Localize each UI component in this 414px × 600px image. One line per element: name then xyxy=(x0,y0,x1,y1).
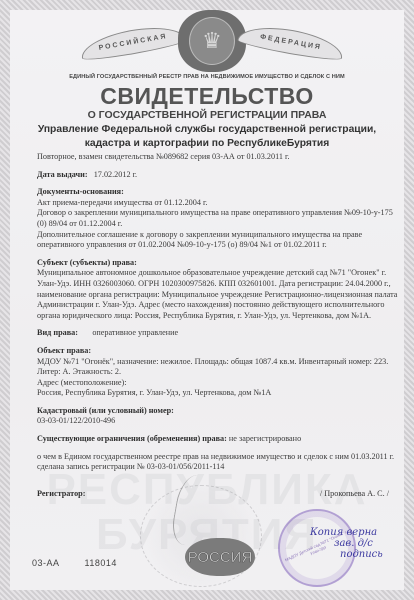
handwritten-certification: Копия верна зав. д/с подпись xyxy=(310,527,404,560)
documents-label: Документы-основания: xyxy=(37,187,399,198)
registrar-label: Регистратор: xyxy=(37,489,85,498)
document-item: Акт приема-передачи имущества от 01.12.2… xyxy=(37,198,399,209)
serial-number: 03-АА 118014 xyxy=(32,558,117,568)
registry-record: о чем в Едином государственном реестре п… xyxy=(37,452,399,473)
address-label: Адрес (местоположение): xyxy=(37,378,399,389)
handwritten-line: Копия верна xyxy=(310,527,404,538)
issue-date-label: Дата выдачи: xyxy=(37,170,88,179)
cadastral-label: Кадастровый (или условный) номер: xyxy=(37,406,399,417)
handwritten-line: зав. д/с xyxy=(334,538,404,549)
registry-line: ЕДИНЫЙ ГОСУДАРСТВЕННЫЙ РЕЕСТР ПРАВ НА НЕ… xyxy=(10,74,404,80)
issue-date-value: 17.02.2012 г. xyxy=(94,170,137,179)
encumbrance-value: не зарегистрировано xyxy=(229,434,301,443)
registrar-name: / Прокопьева А. С. / xyxy=(320,489,389,498)
document-title: СВИДЕТЕЛЬСТВО xyxy=(10,83,404,110)
address-value: Россия, Республика Бурятия, г. Улан-Удэ,… xyxy=(37,388,399,399)
subject-value: Муниципальное автономное дошкольное обра… xyxy=(37,268,399,321)
certificate-body: Повторное, взамен свидетельства №089682 … xyxy=(37,152,399,473)
encumbrance: Существующие ограничения (обременения) п… xyxy=(37,434,399,445)
certificate-sheet: РЕСПУБЛИКА БУРЯТИЯ РОССИЙСКАЯ ♛ ФЕДЕРАЦИ… xyxy=(10,10,404,590)
series-code: 03-АА xyxy=(32,558,60,568)
repeat-note: Повторное, взамен свидетельства №089682 … xyxy=(37,152,399,163)
double-headed-eagle-icon: ♛ xyxy=(189,17,235,65)
issue-date: Дата выдачи: 17.02.2012 г. xyxy=(37,170,399,181)
document-subtitle: О ГОСУДАРСТВЕННОЙ РЕГИСТРАЦИИ ПРАВА xyxy=(10,109,404,121)
cadastral-value: 03-03-01/122/2010-496 xyxy=(37,416,399,427)
header-emblem: РОССИЙСКАЯ ♛ ФЕДЕРАЦИЯ xyxy=(80,10,344,72)
document-item: Дополнительное соглашение к договору о з… xyxy=(37,230,399,251)
object-label: Объект права: xyxy=(37,346,399,357)
object-value: МДОУ №71 "Огонёк", назначение: нежилое. … xyxy=(37,357,399,378)
authority-line-1: Управление Федеральной службы государств… xyxy=(10,123,404,137)
right-type-label: Вид права: xyxy=(37,328,78,337)
handwritten-line: подпись xyxy=(340,549,404,560)
issuing-authority: Управление Федеральной службы государств… xyxy=(10,123,404,151)
subject-label: Субъект (субъекты) права: xyxy=(37,258,399,269)
russia-badge-label: РОССИЯ xyxy=(188,549,253,566)
document-item: Договор о закреплении муниципального иму… xyxy=(37,208,399,229)
russia-badge: РОССИЯ xyxy=(185,538,255,576)
ribbon-right: ФЕДЕРАЦИЯ xyxy=(237,21,346,63)
authority-line-2: кадастра и картографии по РеспубликеБуря… xyxy=(10,137,404,151)
form-number: 118014 xyxy=(85,558,117,568)
coat-of-arms-seal: ♛ xyxy=(178,10,246,72)
encumbrance-label: Существующие ограничения (обременения) п… xyxy=(37,434,227,443)
right-type: Вид права: оперативное управление xyxy=(37,328,399,339)
ribbon-left: РОССИЙСКАЯ xyxy=(79,21,188,63)
right-type-value: оперативное управление xyxy=(92,328,178,337)
